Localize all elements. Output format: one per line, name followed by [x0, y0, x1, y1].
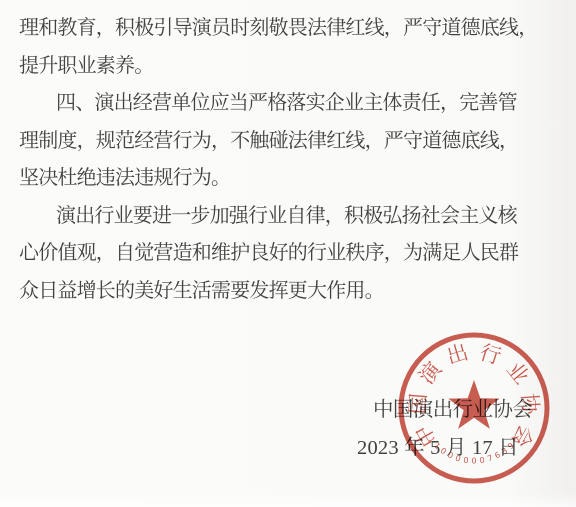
official-seal: 中国演出行业协会 1100000076390 [389, 323, 559, 493]
text-line: 四、演出经营单位应当严格落实企业主体责任，完善管 [19, 85, 549, 123]
text-line: 坚决杜绝违法违规行为。 [19, 160, 549, 198]
svg-text:6: 6 [493, 450, 502, 460]
text-line: 众日益增长的美好生活需要发挥更大作用。 [19, 273, 549, 311]
svg-text:0: 0 [463, 456, 469, 466]
text-line: 提升职业素养。 [19, 48, 549, 86]
seal-graphic: 中国演出行业协会 1100000076390 [389, 323, 559, 493]
text-line: 理制度，规范经营行为，不触碰法律红线，严守道德底线， [19, 123, 549, 161]
svg-text:行: 行 [477, 340, 504, 369]
star-icon [448, 380, 499, 429]
body-text: 理和教育，积极引导演员时刻敬畏法律红线，严守道德底线，提升职业素养。四、演出经营… [19, 10, 549, 310]
svg-text:0: 0 [454, 453, 462, 463]
text-line: 心价值观，自觉营造和维护良好的行业秩序，为满足人民群 [19, 235, 549, 273]
svg-text:国: 国 [405, 392, 431, 415]
text-line: 理和教育，积极引导演员时刻敬畏法律红线，严守道德底线， [19, 10, 549, 48]
text-line: 演出行业要进一步加强行业自律，积极弘扬社会主义核 [19, 198, 549, 236]
svg-text:协: 协 [517, 392, 543, 416]
svg-text:0: 0 [439, 446, 448, 456]
svg-text:7: 7 [486, 453, 494, 463]
svg-text:0: 0 [471, 457, 476, 466]
document-page: 理和教育，积极引导演员时刻敬畏法律红线，严守道德底线，提升职业素养。四、演出经营… [0, 0, 576, 507]
svg-text:0: 0 [446, 450, 455, 460]
svg-text:出: 出 [444, 340, 471, 369]
svg-text:0: 0 [479, 456, 485, 466]
